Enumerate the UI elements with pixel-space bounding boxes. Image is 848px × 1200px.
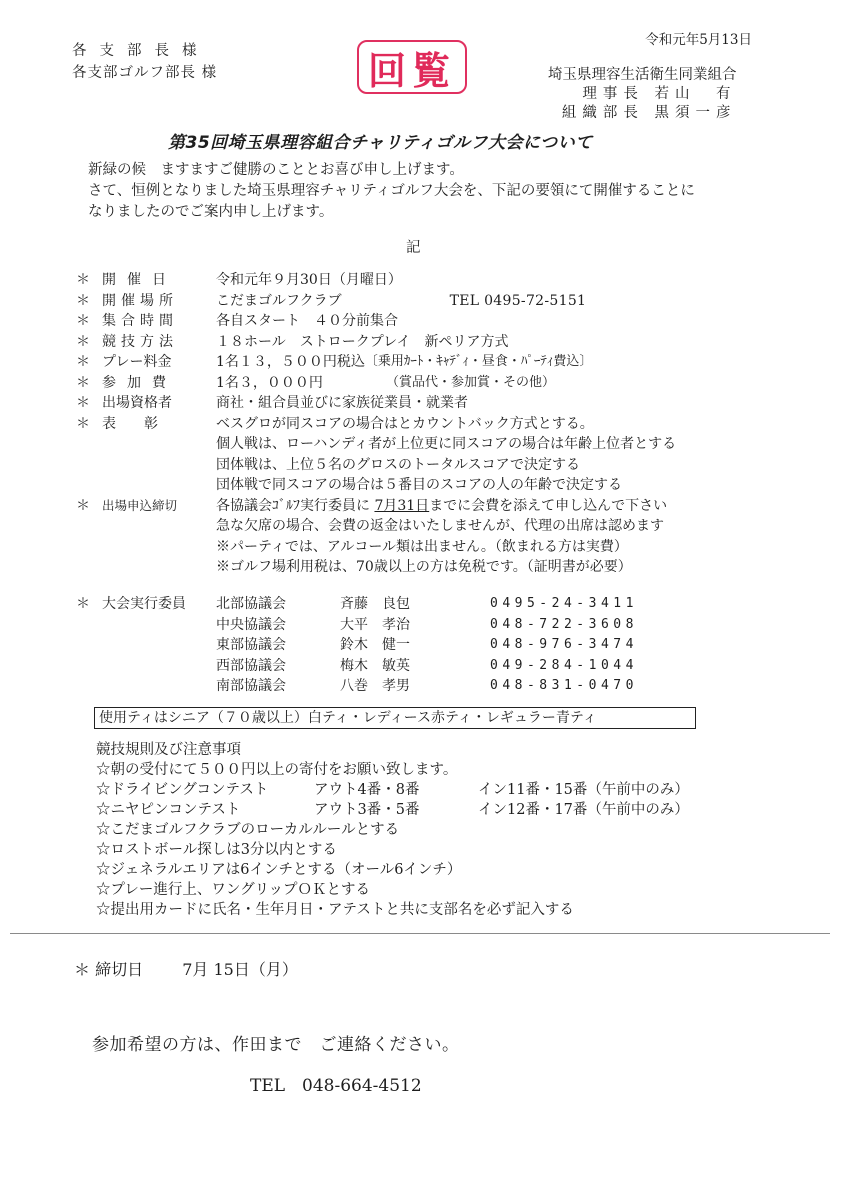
- detail-note: 〔乗用ｶｰﾄ・ｷｬﾃﾞｨ・昼食・ﾊﾟｰﾃｨ費込〕: [365, 352, 593, 373]
- bullet: ＊: [76, 414, 102, 435]
- bullet: ＊: [76, 270, 102, 291]
- detail-value: 各自スタート ４０分前集合: [216, 311, 398, 332]
- member-phone: 048-976-3474: [490, 635, 638, 656]
- contest-name: ☆ドライビングコンテスト: [96, 780, 314, 800]
- detail-value: 急な欠席の場合、会費の返金はいたしませんが、代理の出席は認めます: [216, 516, 664, 537]
- member-name: 八巻 孝男: [340, 676, 490, 697]
- bullet: ＊: [76, 291, 102, 312]
- awards-line: 団体戦は、上位５名のグロスのトータルスコアで決定する: [76, 455, 676, 476]
- bullet: ＊: [76, 373, 102, 394]
- detail-label: 開催日: [102, 270, 216, 291]
- detail-value: 商社・組合員並びに家族従業員・就業者: [216, 393, 468, 414]
- rules-section: 競技規則及び注意事項 ☆朝の受付にて５００円以上の寄付をお願い致します。 ☆ドラ…: [96, 740, 689, 920]
- contact-phone: TEL 048-664-4512: [250, 1071, 422, 1096]
- intro-line: 新緑の候 ますますご健勝のこととお喜び申し上げます。: [88, 160, 695, 181]
- rule-text: ☆提出用カードに氏名・生年月日・アテストと共に支部名を必ず記入する: [96, 900, 574, 920]
- member-name: 大平 孝治: [340, 615, 490, 636]
- intro-paragraph: 新緑の候 ますますご健勝のこととお喜び申し上げます。 さて、恒例となりました埼玉…: [88, 160, 695, 223]
- intro-line: さて、恒例となりました埼玉県理容チャリティゴルフ大会を、下記の要領にて開催するこ…: [88, 181, 695, 202]
- contest-in-holes: イン11番・15番（午前中のみ）: [478, 780, 689, 800]
- detail-label: 競技方法: [102, 332, 216, 353]
- member-phone: 048-831-0470: [490, 676, 638, 697]
- tee-notice-box: 使用ティはシニア（７０歳以上）白ティ・レディース赤ティ・レギュラー青ティ: [94, 707, 696, 729]
- detail-row-date: ＊ 開催日 令和元年９月30日（月曜日）: [76, 270, 676, 291]
- detail-row-play-fee: ＊ プレー料金 1名１３，５００円税込 〔乗用ｶｰﾄ・ｷｬﾃﾞｨ・昼食・ﾊﾟｰﾃ…: [76, 352, 676, 373]
- member-phone: 049-284-1044: [490, 656, 638, 677]
- rules-heading-text: 競技規則及び注意事項: [96, 740, 241, 760]
- detail-value: 1名３，０００円: [216, 373, 386, 394]
- cut-line-divider: [10, 933, 830, 934]
- council-name: 東部協議会: [216, 635, 340, 656]
- addressees: 各支部長様 各支部ゴルフ部長 様: [72, 40, 217, 84]
- detail-row-format: ＊ 競技方法 １８ホール ストロークプレイ 新ペリア方式: [76, 332, 676, 353]
- detail-label: プレー料金: [102, 352, 216, 373]
- bullet: ＊: [76, 393, 102, 414]
- detail-row-application: ＊ 出場申込締切 各協議会ｺﾞﾙﾌ実行委員に 7月31日までに会費を添えて申し込…: [76, 496, 676, 517]
- detail-value: 団体戦で同スコアの場合は５番目のスコアの人の年齢で決定する: [216, 475, 622, 496]
- application-line: ※パーティでは、アルコール類は出ません。（飲まれる方は実費）: [76, 537, 676, 558]
- rule-item: ☆ジェネラルエリアは6インチとする（オール6インチ）: [96, 860, 689, 880]
- council-name: 西部協議会: [216, 656, 340, 677]
- venue-phone: TEL 0495-72-5151: [450, 291, 587, 312]
- application-text: 各協議会ｺﾞﾙﾌ実行委員に: [216, 498, 374, 514]
- detail-row-meeting: ＊ 集合時間 各自スタート ４０分前集合: [76, 311, 676, 332]
- detail-value: ベスグロが同スコアの場合はとカウントバック方式とする。: [216, 414, 594, 435]
- awards-line: 個人戦は、ローハンディ者が上位更に同スコアの場合は年齢上位者とする: [76, 434, 676, 455]
- contact-message: 参加希望の方は、作田まで ご連絡ください。: [92, 1030, 460, 1055]
- application-line: ※ゴルフ場利用税は、70歳以上の方は免税です。（証明書が必要）: [76, 557, 676, 578]
- detail-value: 団体戦は、上位５名のグロスのトータルスコアで決定する: [216, 455, 580, 476]
- application-text: までに会費を添えて申し込んで下さい: [429, 498, 667, 514]
- bullet: ＊: [76, 332, 102, 353]
- detail-value: こだまゴルフクラブ: [216, 291, 342, 312]
- sender-block: 埼玉県理容生活衛生同業組合 理事長 若山 有 組織部長 黒須一彦: [548, 66, 737, 123]
- detail-label: 集合時間: [102, 311, 216, 332]
- bullet: ＊: [76, 352, 102, 373]
- member-phone: 048-722-3608: [490, 615, 638, 636]
- document-title: 第35回埼玉県理容組合チャリティゴルフ大会について: [168, 128, 593, 153]
- committee-row: ＊ 大会実行委員 北部協議会 斉藤 良包 0495-24-3411: [76, 594, 638, 615]
- organization-name: 埼玉県理容生活衛生同業組合: [548, 66, 737, 85]
- detail-label: 開催場所: [102, 291, 216, 312]
- rules-heading: 競技規則及び注意事項: [96, 740, 689, 760]
- contest-out-holes: アウト3番・5番: [314, 800, 478, 820]
- detail-row-awards: ＊ 表彰 ベスグロが同スコアの場合はとカウントバック方式とする。: [76, 414, 676, 435]
- director-name: 組織部長 黒須一彦: [548, 104, 737, 123]
- detail-label: 表彰: [102, 414, 216, 435]
- member-name: 鈴木 健一: [340, 635, 490, 656]
- deadline-date: 7月 15日（月）: [182, 960, 298, 979]
- bullet: ＊: [76, 311, 102, 332]
- application-line: 急な欠席の場合、会費の返金はいたしませんが、代理の出席は認めます: [76, 516, 676, 537]
- committee-row: 南部協議会 八巻 孝男 048-831-0470: [76, 676, 638, 697]
- circulation-stamp: 回覧: [357, 40, 467, 94]
- deadline-label: ＊ 締切日: [74, 960, 143, 979]
- contest-name: ☆ニヤピンコンテスト: [96, 800, 314, 820]
- committee-row: 東部協議会 鈴木 健一 048-976-3474: [76, 635, 638, 656]
- application-deadline-date: 7月31日: [374, 498, 429, 514]
- rule-item: ☆プレー進行上、ワングリップＯＫとする: [96, 880, 689, 900]
- detail-note: （賞品代・参加賞・その他）: [386, 373, 555, 394]
- detail-label: 出場申込締切: [102, 496, 216, 517]
- document-date: 令和元年5月13日: [645, 28, 752, 48]
- committee-table: ＊ 大会実行委員 北部協議会 斉藤 良包 0495-24-3411 中央協議会 …: [76, 594, 638, 697]
- rule-text: ☆こだまゴルフクラブのローカルルールとする: [96, 820, 399, 840]
- detail-value: 1名１３，５００円税込: [216, 352, 365, 373]
- bullet: ＊: [76, 496, 102, 517]
- addressee-branch-heads: 各支部長様: [72, 40, 217, 62]
- addressee-golf-heads: 各支部ゴルフ部長 様: [72, 62, 217, 84]
- rule-item-driving-contest: ☆ドライビングコンテスト アウト4番・8番 イン11番・15番（午前中のみ）: [96, 780, 689, 800]
- chairman-name: 理事長 若山 有: [548, 85, 737, 104]
- detail-value: １８ホール ストロークプレイ 新ペリア方式: [216, 332, 508, 353]
- committee-row: 中央協議会 大平 孝治 048-722-3608: [76, 615, 638, 636]
- ki-heading: 記: [406, 236, 421, 257]
- rule-item-nearpin-contest: ☆ニヤピンコンテスト アウト3番・5番 イン12番・17番（午前中のみ）: [96, 800, 689, 820]
- detail-value: 個人戦は、ローハンディ者が上位更に同スコアの場合は年齢上位者とする: [216, 434, 676, 455]
- rule-item: ☆こだまゴルフクラブのローカルルールとする: [96, 820, 689, 840]
- detail-label: 参加費: [102, 373, 216, 394]
- rule-text: ☆ロストボール探しは3分以内とする: [96, 840, 337, 860]
- deadline-line: ＊ 締切日 7月 15日（月）: [74, 957, 298, 980]
- detail-value: ※ゴルフ場利用税は、70歳以上の方は免税です。（証明書が必要）: [216, 557, 632, 578]
- detail-row-venue: ＊ 開催場所 こだまゴルフクラブ TEL 0495-72-5151: [76, 291, 676, 312]
- rule-item: ☆朝の受付にて５００円以上の寄付をお願い致します。: [96, 760, 689, 780]
- rule-text: ☆プレー進行上、ワングリップＯＫとする: [96, 880, 370, 900]
- committee-row: 西部協議会 梅木 敏英 049-284-1044: [76, 656, 638, 677]
- contest-in-holes: イン12番・17番（午前中のみ）: [478, 800, 689, 820]
- rule-item: ☆提出用カードに氏名・生年月日・アテストと共に支部名を必ず記入する: [96, 900, 689, 920]
- intro-line: なりましたのでご案内申し上げます。: [88, 202, 695, 223]
- member-name: 斉藤 良包: [340, 594, 490, 615]
- detail-value: ※パーティでは、アルコール類は出ません。（飲まれる方は実費）: [216, 537, 628, 558]
- detail-value: 令和元年９月30日（月曜日）: [216, 270, 402, 291]
- council-name: 北部協議会: [216, 594, 340, 615]
- member-phone: 0495-24-3411: [490, 594, 638, 615]
- event-details: ＊ 開催日 令和元年９月30日（月曜日） ＊ 開催場所 こだまゴルフクラブ TE…: [76, 270, 676, 578]
- council-name: 中央協議会: [216, 615, 340, 636]
- detail-value: 各協議会ｺﾞﾙﾌ実行委員に 7月31日までに会費を添えて申し込んで下さい: [216, 496, 667, 517]
- member-name: 梅木 敏英: [340, 656, 490, 677]
- rule-item: ☆ロストボール探しは3分以内とする: [96, 840, 689, 860]
- detail-label: 出場資格者: [102, 393, 216, 414]
- committee-label: 大会実行委員: [102, 594, 216, 615]
- rule-text: ☆ジェネラルエリアは6インチとする（オール6インチ）: [96, 860, 461, 880]
- bullet: ＊: [76, 594, 102, 615]
- rule-text: ☆朝の受付にて５００円以上の寄付をお願い致します。: [96, 760, 457, 780]
- awards-line: 団体戦で同スコアの場合は５番目のスコアの人の年齢で決定する: [76, 475, 676, 496]
- detail-row-eligibility: ＊ 出場資格者 商社・組合員並びに家族従業員・就業者: [76, 393, 676, 414]
- council-name: 南部協議会: [216, 676, 340, 697]
- contest-out-holes: アウト4番・8番: [314, 780, 478, 800]
- detail-row-entry-fee: ＊ 参加費 1名３，０００円 （賞品代・参加賞・その他）: [76, 373, 676, 394]
